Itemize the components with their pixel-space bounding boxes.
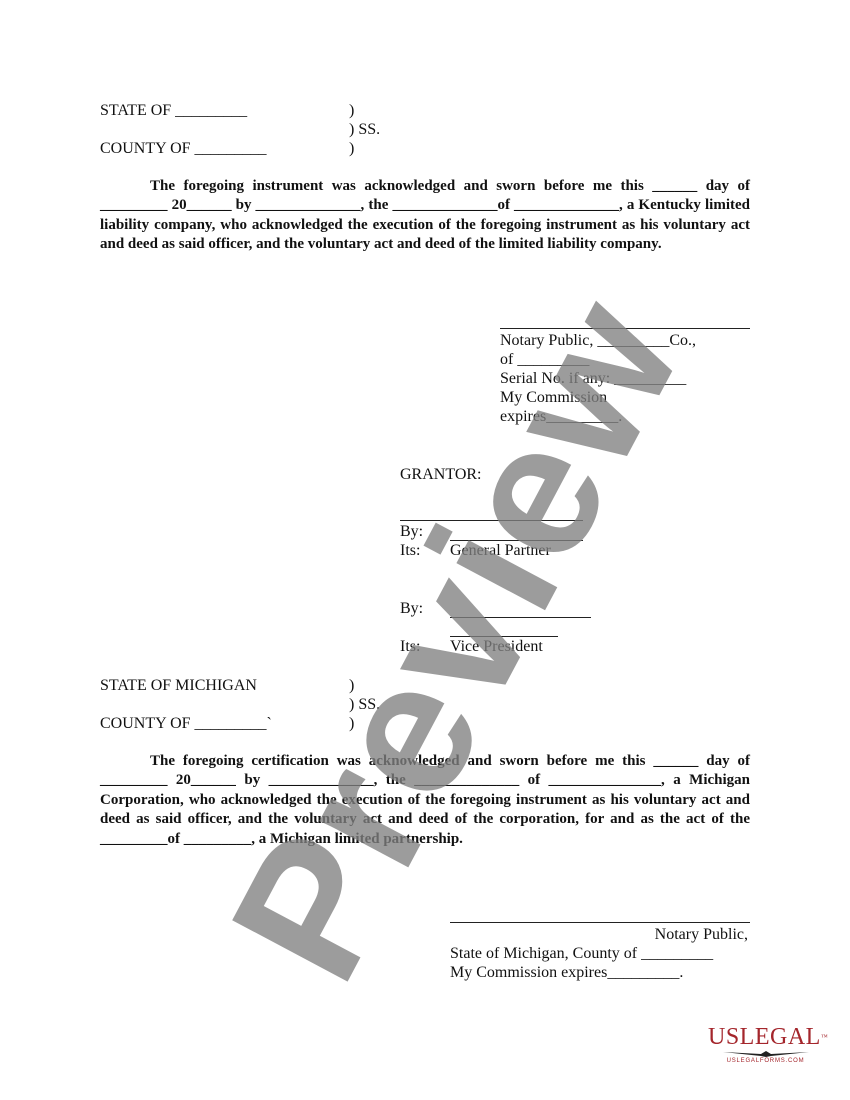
notary2-commission-expires: My Commission expires_________. (450, 963, 683, 982)
county-of-field-2: COUNTY OF _________` (100, 714, 272, 733)
venue-ss: ) SS. (349, 120, 380, 139)
by-signature-line-2 (450, 617, 591, 618)
logo-site-text: USLEGALFORMS.COM (708, 1058, 823, 1064)
by-label-1: By: (400, 522, 423, 541)
notary-expires: expires_________. (500, 407, 622, 426)
grantor-heading: GRANTOR: (400, 465, 482, 484)
eagle-wing-icon (723, 1051, 809, 1057)
notary-signature-line (500, 328, 750, 329)
venue2-paren-top: ) (349, 676, 354, 695)
notary-serial-no: Serial No. if any: _________ (500, 369, 686, 388)
logo-brand-text: USLEGAL (708, 1024, 821, 1050)
notary2-signature-line (450, 922, 750, 923)
acknowledgment-text: The foregoing instrument was acknowledge… (100, 178, 750, 252)
venue2-ss: ) SS. (349, 695, 380, 714)
its-value-vice-president: Vice President (450, 637, 543, 656)
its-value-general-partner: General Partner (450, 541, 551, 560)
its-label-2: Its: (400, 637, 420, 656)
notary-public-county: Notary Public, _________Co., (500, 331, 696, 350)
venue2-paren-bottom: ) (349, 714, 354, 733)
uslegal-logo: USLEGAL™ USLEGALFORMS.COM (708, 1024, 823, 1070)
notary-commission: My Commission (500, 388, 607, 407)
acknowledgment-text-2: The foregoing certification was acknowle… (100, 753, 750, 847)
state-of-michigan: STATE OF MICHIGAN (100, 676, 257, 695)
state-of-field: STATE OF _________ (100, 101, 247, 120)
county-of-field: COUNTY OF _________ (100, 139, 267, 158)
venue-paren-top: ) (349, 101, 354, 120)
acknowledgment-paragraph-llc: The foregoing instrument was acknowledge… (100, 177, 750, 255)
grantor-signature-line (400, 520, 583, 521)
notary-of: of _________ (500, 350, 589, 369)
trademark-symbol: ™ (821, 1033, 828, 1041)
notary2-state-county: State of Michigan, County of _________ (450, 944, 713, 963)
its-label-1: Its: (400, 541, 420, 560)
venue-paren-bottom: ) (349, 139, 354, 158)
by-label-2: By: (400, 599, 423, 618)
notary2-title: Notary Public, (450, 925, 748, 944)
acknowledgment-paragraph-corporation: The foregoing certification was acknowle… (100, 752, 750, 849)
